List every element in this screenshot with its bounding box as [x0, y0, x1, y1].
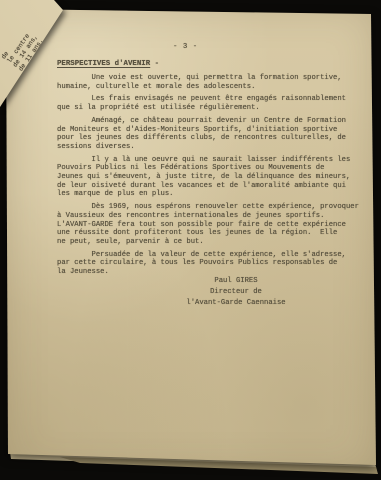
- folded-corner: de le centre de 14 ans, de 11 ans. nous: [0, 0, 381, 480]
- folded-corner-text: de le centre de 14 ans, de 11 ans. nous: [1, 26, 51, 77]
- folded-corner-wrap: de le centre de 14 ans, de 11 ans. nous: [0, 0, 381, 480]
- scanned-document-view: - 3 - PERSPECTIVES d'AVENIR - Une voie e…: [0, 0, 381, 480]
